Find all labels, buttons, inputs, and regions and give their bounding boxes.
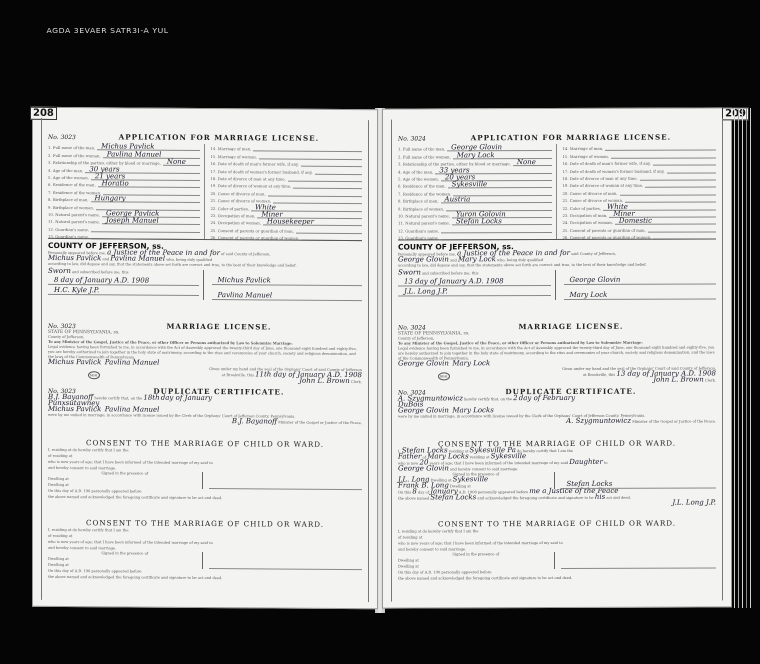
field-label: 6. Residence of the man, [398,184,446,189]
field-label: 8. Birthplace of man, [48,197,89,202]
subscribed-text: and subscribed before me, this [72,270,128,274]
form-field: 19. Date of divorce of woman at any time… [211,181,363,189]
marriage-day: 2 [513,394,517,402]
residing-text: residing at [53,534,73,538]
residing-text: residing at [52,448,72,452]
form-field: 20. Cause of divorce of man, [211,188,363,196]
ack-text: and acknowledged the foregoing certifica… [80,495,196,500]
field-label: 25. Consent of parents or guardian of ma… [211,228,294,234]
certify-text: hereby certify that, on the [94,396,142,400]
i-text: I, [398,530,401,534]
of-text: of [48,534,52,538]
above-named-text: the above named [398,576,429,580]
field-label: 24. Occupation of woman, [563,220,613,225]
day-of-text: day of [62,569,73,573]
field-value: Hungary [95,194,126,202]
form-field: 7. Residence of the woman, [398,188,552,196]
field-label: 14. Marriage of man, [211,146,252,151]
child-residence: Sykesville [491,452,527,460]
form-field: 16. Date of death of man's former wife, … [563,158,717,166]
marriage-month: day of February [519,394,575,402]
field-label: 16. Date of death of man's former wife, … [563,161,651,166]
day-of-text: day of [418,490,429,494]
affidavit-text: of said County of Jefferson, [221,252,270,256]
on-this-text: On this [398,571,411,575]
dwelling-text: Dwelling at [398,564,419,568]
left-page: 208 No. 3023 APPLICATION FOR MARRIAGE LI… [32,107,378,609]
field-value: None [517,158,536,166]
field-label: 14. Marriage of man, [563,146,604,151]
form-field: 14. Marriage of man, [211,144,363,152]
man-name: Michus Pavlick [48,358,101,366]
residing-text: residing at [402,529,422,533]
dwelling-text: Dwelling at [48,477,69,481]
ad-text: A.D. 190 [425,570,441,574]
residing-text: residing at [52,528,72,532]
act-text: act and deed. [198,576,223,580]
dwelling-text: Dwelling at [48,483,69,487]
affidavit-date: 8 day of January A.D. 1908 [54,276,149,285]
field-label: 11. Natural parent's name, [398,221,450,226]
application-section: No. 3023 APPLICATION FOR MARRIAGE LICENS… [48,132,362,241]
above-named-text: the above named [398,496,429,500]
dwelling-text: Dwelling at [48,557,69,561]
act-text: act and deed. [198,496,223,500]
relation: Father [398,452,421,460]
spouse-name: George Glovin [398,464,449,472]
i-text: I, [48,448,51,452]
woman-signature: Mary Lock [570,291,608,299]
form-field: 19. Date of divorce of woman at any time… [563,180,717,188]
form-field: 17. Date of death of woman's former husb… [563,166,717,174]
clerk-label: Clerk. [705,378,716,382]
fields-right: 14. Marriage of man,15. Marriage of woma… [211,144,363,241]
on-this-text: On this [48,569,61,573]
license-section: No. 3024 MARRIAGE LICENSE. STATE OF PENN… [398,321,716,384]
day-of-text: day of [412,570,423,574]
microfilm-label: AGDA 3EVAER SATR3I-A YUL [46,27,168,35]
affidavit-section: COUNTY OF JEFFERSON, ss. Personally appe… [48,238,362,301]
form-field: 20. Cause of divorce of man, [563,188,717,196]
dwelling-text: Dwelling at [48,563,69,567]
field-label: 22. Color of parties, [211,206,250,211]
fields-left: 1. Full name of the man,George Glovin2. … [398,144,557,241]
marriage-month: day of January [161,394,212,402]
form-field: 21. Cause of divorce of woman, [211,196,363,204]
man-name: George Glovin [398,359,449,367]
of-text: of [398,536,402,540]
residing-text: residing at [53,454,73,458]
appeared-text: personally appeared before [91,489,141,493]
officer-signature: J.L. Long J.P. [672,498,716,506]
field-value: Mary Lock [457,151,495,159]
field-label: 7. Residence of the woman, [48,190,101,195]
act-text: act and deed. [606,496,631,500]
ack-day: 8 [412,487,416,495]
ad-text: A.D. 190 [75,569,91,573]
residing-text: residing at [403,535,423,539]
pronoun: his [595,493,605,501]
above-named-text: the above named [48,575,79,579]
of-text: of [48,454,52,458]
years-text: years of age; that I have been informed … [430,461,568,465]
subscribed-text: and subscribed before me, this [422,271,478,275]
form-field: 15. Marriage of woman, [211,151,363,159]
form-field: 24. Occupation of woman,Housekeeper [211,218,363,226]
field-label: 4. Age of the man, [48,167,83,172]
ack-text: and acknowledged the foregoing certifica… [80,575,196,580]
field-value: None [167,158,186,166]
consent-section-1: CONSENT TO THE MARRIAGE OF CHILD OR WARD… [398,438,716,507]
field-value: Domestic [619,217,652,225]
affidavit-section: COUNTY OF JEFFERSON, ss. Personally appe… [398,238,716,300]
at-text: at Brookville, this [222,373,254,377]
woman-name: Mary Lock [452,359,490,367]
who-text: who is now [398,541,418,545]
ledger-book: 208 No. 3023 APPLICATION FOR MARRIAGE LI… [20,108,755,628]
field-value: Sykesville [452,181,488,189]
form-field: 8. Birthplace of man,Austria [398,196,552,204]
form-field: 11. Natural parent's name,Joseph Manuel [48,217,200,225]
at-text: at Brookville, this [583,373,615,377]
field-label: 5. Age of the woman, [48,175,89,180]
field-label: 6. Residence of the man, [48,182,96,187]
form-field: 11. Natural parent's name,Stefan Locks [398,218,552,226]
woman-signature: Pavlina Manuel [218,291,273,299]
field-label: 7. Residence of the woman, [398,191,451,196]
field-label: 15. Marriage of woman, [563,154,609,159]
consent-text: and hereby consent to said marriage. [398,547,466,551]
field-label: 5. Age of the woman, [398,176,439,181]
ss-label: ss. [464,331,470,336]
consent-title: CONSENT TO THE MARRIAGE OF CHILD OR WARD… [398,518,716,528]
form-field: 6. Residence of the man,Sykesville [398,181,552,189]
consent-text: and hereby consent to said marriage. [48,546,116,550]
appeared-text: personally appeared before [478,490,528,494]
form-field: 16. Date of death of man's former wife, … [211,159,363,167]
consent-section-2: CONSENT TO THE MARRIAGE OF CHILD OR WARD… [398,518,716,581]
affidavit-date: 13 day of January A.D. 1908 [404,277,504,285]
form-field: 14. Marriage of man, [563,143,717,151]
witness-1-dwelling: Sykesville [453,475,489,483]
to-text: to [209,541,213,545]
form-field: 24. Occupation of woman,Domestic [563,217,717,225]
to-text: to [604,461,608,465]
field-label: 1. Full name of the man, [398,147,445,152]
form-field: 18. Date of divorce of man at any time, [563,173,717,181]
act-text: act and deed. [548,576,573,580]
woman-name: Mary Lock [458,255,496,263]
form-field: 3. Relationship of the parties, either b… [398,159,552,167]
officiant-role: Minister of the Gospel or Justice of the… [278,421,362,426]
page-edges [732,108,754,608]
consent-section-2: CONSENT TO THE MARRIAGE OF CHILD OR WARD… [48,518,362,582]
field-label: 25. Consent of parents or guardian of ma… [563,227,646,232]
field-label: 2. Full name of the woman, [48,153,101,158]
field-label: 11. Natural parent's name, [48,219,100,224]
application-title: APPLICATION FOR MARRIAGE LICENSE. [426,132,716,142]
child-name: Mary Locks [427,452,468,460]
field-value: Housekeeper [267,218,314,226]
form-field: 6. Residence of the man,Horatio [48,180,200,188]
field-label: 9. Birthplace of woman, [48,204,94,209]
form-field: 12. Guardian's name, [398,225,552,233]
clerk-signature: John L. Brown [653,375,704,383]
affidavit-body: according to law, did depose and say, th… [398,262,716,268]
affidavit-text: who, being duly qualified [166,258,212,262]
certify-text: do hereby certify that I am the [423,529,479,533]
field-label: 19. Date of divorce of woman at any time… [211,183,292,189]
field-label: 10. Natural parent's name, [398,213,450,218]
field-value: Pavlina Manuel [107,150,162,158]
field-label: 8. Birthplace of man, [398,199,439,204]
license-title: MARRIAGE LICENSE. [426,321,716,331]
on-this-text: On this [398,491,411,495]
form-field: 17. Date of death of woman's former husb… [211,166,363,174]
man-name: George Glovin [398,255,449,263]
form-field: 3. Relationship of the parties, either b… [48,158,200,166]
field-label: 12. Guardian's name, [398,228,439,233]
field-label: 16. Date of death of man's former wife, … [211,161,299,167]
field-value: Horatio [102,180,129,188]
ss-label: ss. [114,330,120,335]
appeared-text: personally appeared before [441,570,491,574]
consent-text: and hereby consent to said marriage. [48,466,116,470]
form-field: 8. Birthplace of man,Hungary [48,195,200,203]
field-label: 17. Date of death of woman's former husb… [211,169,313,175]
above-named-text: the above named [48,495,79,499]
officer-signature: H.C. Kyle J.P. [54,286,99,294]
field-label: 15. Marriage of woman, [211,154,257,159]
officer-signature: J.L. Long J.P. [404,287,448,295]
right-page: 209 No. 3024 APPLICATION FOR MARRIAGE LI… [382,107,732,608]
man-name: George Glovin [398,406,449,414]
field-label: 24. Occupation of woman, [211,220,261,225]
form-field: 25. Consent of parents or guardian of ma… [563,225,717,233]
clerk-signature: John L. Brown [299,377,350,385]
dwelling-text: Dwelling at [398,558,419,562]
duplicate-certificate-section: No. 3024 DUPLICATE CERTIFICATE. A. Szygm… [398,386,716,425]
ack-text: and acknowledged the foregoing certifica… [477,496,593,500]
to-text: to [209,461,213,465]
residing-text: residing at [470,455,490,459]
certify-text: do hereby certify that I am the [73,528,129,532]
fields-left: 1. Full name of the man,Michus Pavlick2.… [48,143,205,240]
ack-text: and acknowledged the foregoing certifica… [430,576,546,580]
man-signature: Michus Pavlick [218,276,271,284]
field-label: 9. Birthplace of woman, [398,206,444,211]
field-label: 20. Cause of divorce of man, [211,191,266,196]
application-section: No. 3024 APPLICATION FOR MARRIAGE LICENS… [398,132,716,240]
field-value: Austria [445,195,471,203]
field-label: 10. Natural parent's name, [48,212,100,217]
form-field: 22. Color of parties,White [563,203,717,211]
certify-text: do hereby certify that I am the [73,448,129,452]
man-signature: George Glovin [570,276,621,284]
child-relation: Daughter [569,458,603,466]
form-field: 25. Consent of parents or guardian of ma… [211,225,363,233]
i-text: I, [48,528,51,532]
field-value: Stefan Locks [456,217,502,225]
sworn-text: Sworn [398,268,421,276]
day-of-text: day of [62,489,73,493]
officiant-role: Minister of the Gospel or Justice of the… [632,419,716,423]
who-text: who is now [48,540,68,544]
ad-text: A.D. 190 [75,489,91,493]
field-label: 18. Date of divorce of man at any time, [211,176,286,182]
sworn-text: Sworn [48,267,71,275]
affidavit-text: said County of Jefferson, [571,252,616,256]
field-label: 22. Color of parties, [563,205,602,210]
field-label: 2. Full name of the woman, [398,154,451,159]
to-text: to [559,541,563,545]
field-label: 1. Full name of the man, [48,145,95,150]
who-text: who is now [48,460,68,464]
field-value: Joseph Manuel [106,217,159,225]
marriage-day: 18th [143,394,159,402]
above-named: Stefan Locks [430,493,476,501]
consent-section-1: CONSENT TO THE MARRIAGE OF CHILD OR WARD… [48,438,362,502]
license-section: No. 3023 MARRIAGE LICENSE. STATE OF PENN… [48,321,362,385]
on-this-text: On this [48,489,61,493]
field-label: 20. Cause of divorce of man, [563,191,618,196]
field-label: 12. Guardian's name, [48,227,89,232]
form-field: 22. Color of parties,White [211,203,363,211]
form-field: 21. Cause of divorce of woman, [563,195,717,203]
clerk-label: Clerk. [351,380,362,384]
application-title: APPLICATION FOR MARRIAGE LICENSE. [76,132,362,143]
affidavit-body: according to law, did depose and say, th… [48,262,362,269]
application-number: No. 3024 [398,135,426,142]
years-text: years of age; that I have been informed … [420,541,558,545]
seal-icon: SEAL [88,371,100,379]
officiant-signature: A. Szygmuntowicz [566,417,631,425]
field-label: 18. Date of divorce of man at any time, [563,176,638,181]
woman-name: Mary Locks [452,406,493,414]
officiant-signature: B.J. Bayanoff [232,417,277,425]
and-text: and [102,257,109,261]
form-field: 12. Guardian's name, [48,224,200,232]
and-text: and [450,258,457,262]
field-label: 23. Occupation of man, [211,213,256,218]
fields-right: 14. Marriage of man,15. Marriage of woma… [563,143,717,240]
appeared-text: personally appeared before [91,569,141,573]
seal-icon: SEAL [438,372,450,380]
field-label: 4. Age of the man, [398,169,433,174]
consent-text: and hereby consent to said marriage. [450,467,518,471]
field-label: 23. Occupation of man, [563,213,608,218]
application-number: No. 3023 [48,134,76,141]
form-field: 15. Marriage of woman, [563,151,717,159]
parent-signature: Stefan Locks [567,480,613,488]
duplicate-certificate-section: No. 3023 DUPLICATE CERTIFICATE. B.J. Bay… [48,386,362,426]
certify-text: hereby certify that, on the [464,397,512,401]
affidavit-text: who, being duly qualified [497,258,543,262]
